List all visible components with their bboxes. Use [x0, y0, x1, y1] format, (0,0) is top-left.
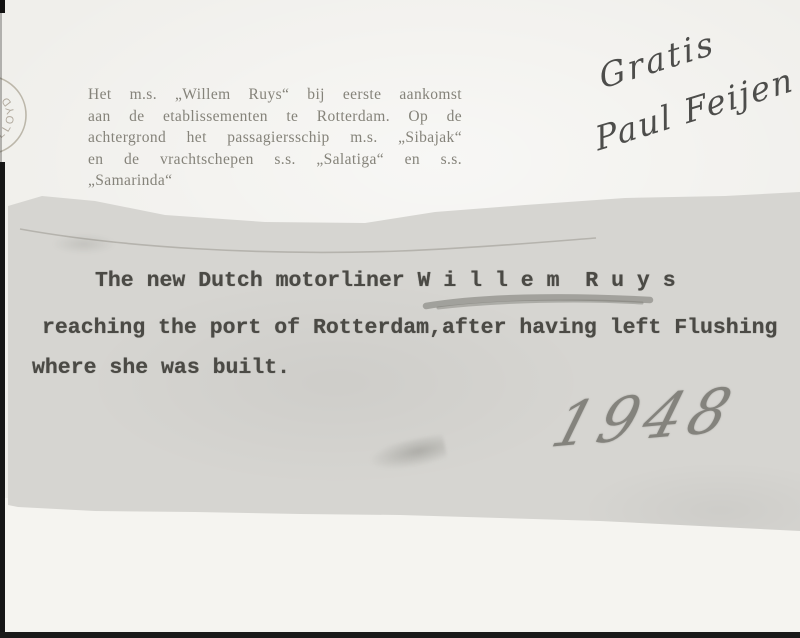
corner-mark — [0, 0, 5, 13]
left-edge-faint-line — [0, 10, 2, 162]
printed-caption-line: Het m.s. „Willem Ruys“ bij eerste aankom… — [88, 84, 462, 106]
printed-caption-line: „Samarinda“ — [88, 170, 462, 192]
handwritten-word: Gratis — [596, 23, 719, 97]
lloyd-stamp: LLOYD — [0, 62, 45, 172]
printed-dutch-caption: Het m.s. „Willem Ruys“ bij eerste aankom… — [88, 84, 462, 192]
typed-caption-line-2: reaching the port of Rotterdam,after hav… — [42, 316, 777, 340]
printed-caption-line: en de vrachtschepen s.s. „Salatiga“ en s… — [88, 149, 462, 171]
typed-caption-line-1: The new Dutch motorliner W i l l e m R u… — [95, 269, 676, 293]
faint-smudge — [52, 234, 116, 254]
bottom-edge-shadow — [0, 632, 800, 638]
typed-caption-line-3: where she was built. — [32, 356, 290, 380]
printed-caption-line: achtergrond het passagiersschip m.s. „Si… — [88, 127, 462, 149]
photo-back: Het m.s. „Willem Ruys“ bij eerste aankom… — [0, 0, 800, 638]
left-edge-shadow — [0, 162, 5, 638]
stamp-text: LLOYD — [0, 92, 17, 141]
svg-text:LLOYD: LLOYD — [0, 92, 17, 141]
printed-caption-line: aan de etablissementen te Rotterdam. Op … — [88, 106, 462, 128]
